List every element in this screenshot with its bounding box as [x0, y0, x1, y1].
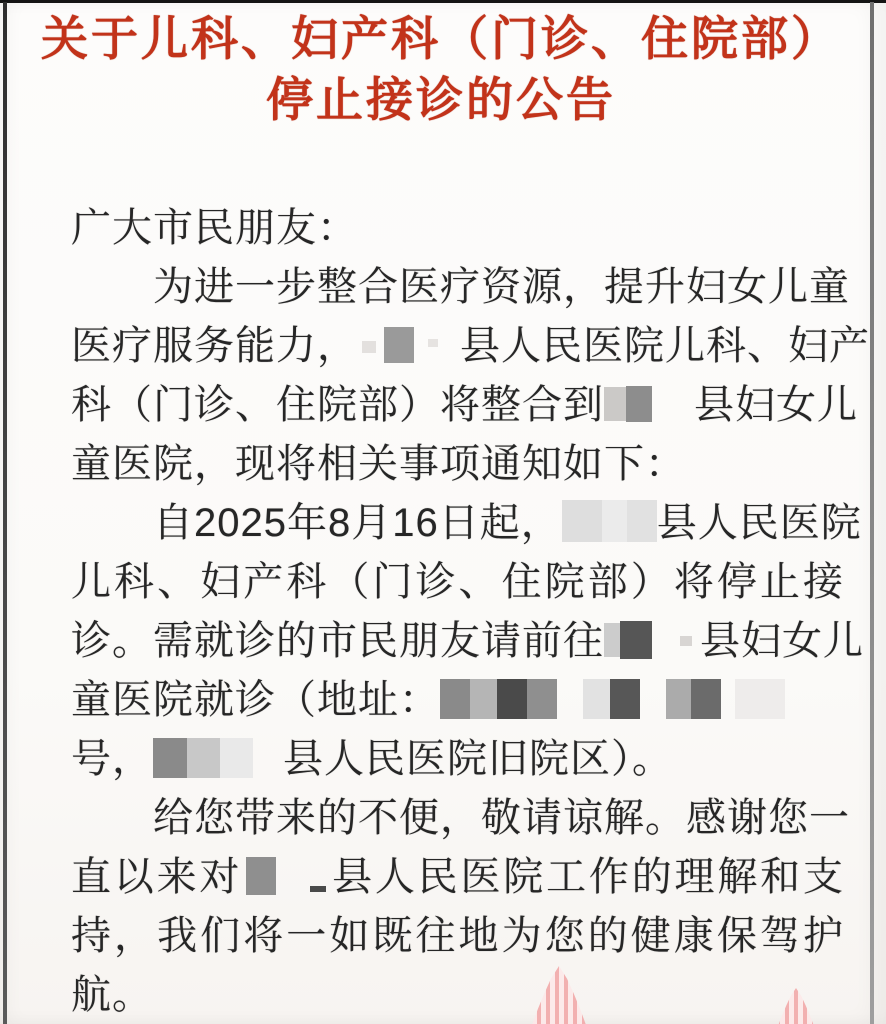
photo-border-top — [0, 0, 886, 3]
redaction-block — [220, 738, 253, 778]
line-text: 自2025年8月16日起， — [153, 501, 562, 545]
redaction-block — [187, 738, 220, 778]
redaction-block — [440, 679, 470, 719]
line-text: 号， — [71, 737, 153, 781]
notice-line-salutation: 广大市民朋友： — [71, 199, 844, 258]
line-text: 县妇女儿 — [700, 619, 864, 663]
redaction-block — [562, 500, 602, 542]
redaction-block — [470, 679, 497, 719]
redaction-block — [735, 679, 785, 719]
line-text: 诊。需就诊的市民朋友请前往 — [71, 619, 604, 663]
notice-line: 诊。需就诊的市民朋友请前往县妇女儿 — [71, 612, 844, 671]
notice-line: 号，县人民医院旧院区）。 — [71, 730, 844, 789]
notice-line: 童医院，现将相关事项通知如下： — [71, 435, 844, 494]
line-text: 童医院就诊（地址： — [71, 678, 440, 722]
redaction-block — [527, 679, 557, 719]
line-text: 县人民医院儿科、妇产 — [460, 324, 870, 368]
redaction-block — [497, 679, 527, 719]
line-text: 为进一步整合医疗资源，提升妇女儿童 — [153, 265, 850, 309]
line-text: 科（门诊、住院部）将整合到 — [71, 383, 604, 427]
notice-line: 持，我们将一如既往地为您的健康保驾护 — [71, 907, 844, 966]
line-text: 医疗服务能力， — [71, 324, 358, 368]
redaction-block — [602, 500, 627, 542]
notice-title: 关于儿科、妇产科（门诊、住院部） 停止接诊的公告 — [22, 8, 860, 130]
redaction-block — [604, 387, 626, 421]
line-text: 直以来对 — [71, 855, 242, 899]
line-text: 县人民医院工作的理解和支 — [330, 855, 844, 899]
notice-line: 给您带来的不便，敬请谅解。感谢您一 — [71, 789, 844, 848]
redaction-block — [610, 679, 640, 719]
line-text: 县人民医院旧院区）。 — [283, 737, 673, 781]
line-text: 广大市民朋友： — [71, 206, 358, 250]
redaction-block — [604, 623, 620, 657]
line-text: 县妇女儿 — [694, 383, 858, 427]
notice-title-line1: 关于儿科、妇产科（门诊、住院部） — [22, 8, 860, 69]
redaction-block — [620, 621, 652, 659]
notice-line: 医疗服务能力，县人民医院儿科、妇产 — [71, 317, 844, 376]
line-text: 童医院，现将相关事项通知如下： — [71, 442, 686, 486]
redaction-block — [680, 636, 692, 646]
redaction-block — [362, 341, 376, 353]
notice-line: 为进一步整合医疗资源，提升妇女儿童 — [71, 258, 844, 317]
photo-border-left — [3, 2, 7, 1024]
notice-line: 儿科、妇产科（门诊、住院部）将停止接 — [71, 553, 844, 612]
notice-photo: 关于儿科、妇产科（门诊、住院部） 停止接诊的公告 广大市民朋友： 为进一步整合医… — [0, 0, 886, 1024]
notice-line-address: 童医院就诊（地址： — [71, 671, 844, 730]
redaction-block — [666, 679, 691, 719]
notice-line-last: 航。 — [71, 966, 844, 1024]
notice-line: 科（门诊、住院部）将整合到县妇女儿 — [71, 376, 844, 435]
redaction-block — [583, 679, 610, 719]
redaction-block — [691, 679, 721, 719]
line-text: 航。 — [71, 973, 153, 1017]
notice-title-line2: 停止接诊的公告 — [22, 69, 860, 130]
photo-border-right — [870, 2, 874, 1024]
redaction-block — [626, 386, 652, 422]
redaction-block — [153, 738, 187, 778]
notice-body: 广大市民朋友： 为进一步整合医疗资源，提升妇女儿童 医疗服务能力，县人民医院儿科… — [71, 199, 844, 1024]
line-text: 儿科、妇产科（门诊、住院部）将停止接 — [71, 560, 844, 604]
notice-line: 自2025年8月16日起，县人民医院 — [71, 494, 844, 553]
line-text: 县人民医院 — [657, 501, 862, 545]
redaction-block — [428, 339, 438, 347]
redaction-block — [246, 857, 276, 895]
redaction-block — [627, 500, 657, 542]
redaction-block — [384, 327, 414, 363]
redaction-block — [310, 886, 326, 892]
line-text: 给您带来的不便，敬请谅解。感谢您一 — [153, 796, 850, 840]
line-text: 持，我们将一如既往地为您的健康保驾护 — [71, 914, 844, 958]
notice-line: 直以来对县人民医院工作的理解和支 — [71, 848, 844, 907]
